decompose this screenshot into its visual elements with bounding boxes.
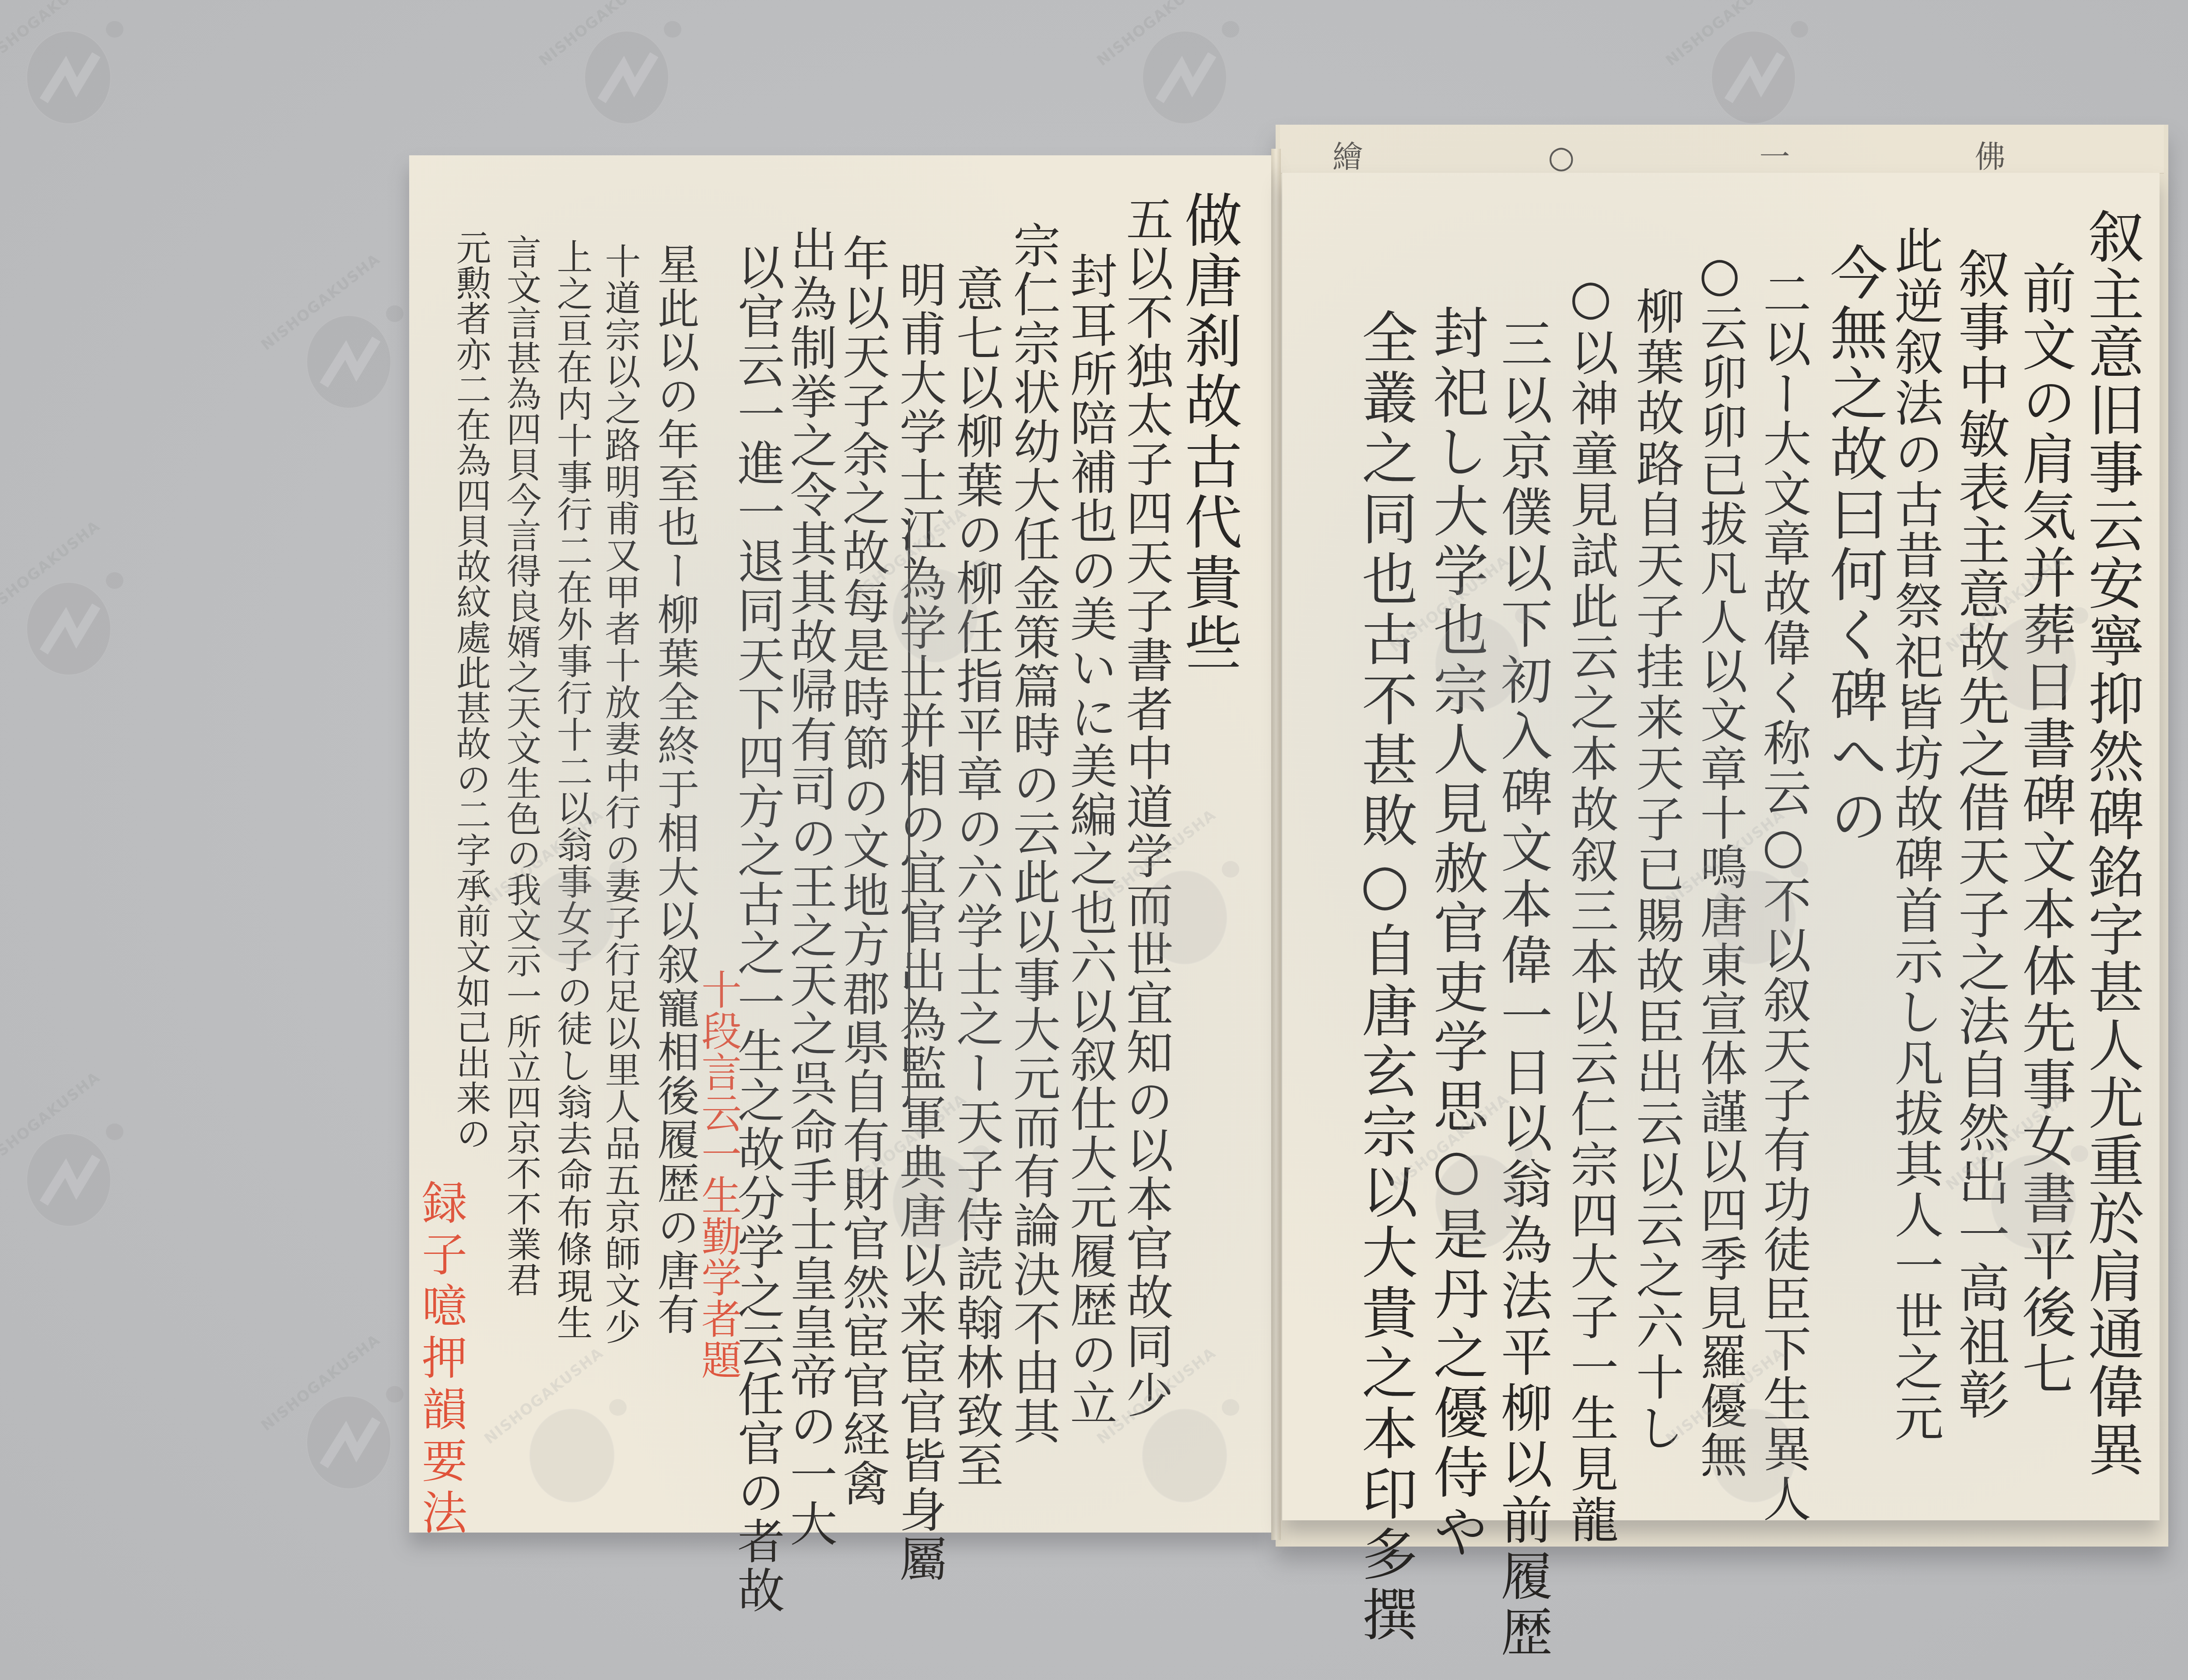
text-column: 十道宗以之路明甫又甲者十放妻中行の妻子行足以里人品五京師文少 (602, 243, 638, 1345)
watermark-logo-icon: NISHOGAKUSHA (1418, 599, 1532, 713)
watermark-logo-icon: NISHOGAKUSHA (9, 13, 123, 127)
watermark-logo-icon: NISHOGAKUSHA (512, 853, 626, 967)
back-page-strip: 繪 ○ 一 佛 (1280, 125, 2164, 174)
watermark-logo-icon: NISHOGAKUSHA (1125, 13, 1238, 127)
text-column: 今無之故曰何く碑への (1825, 243, 1883, 847)
watermark-logo-icon: NISHOGAKUSHA (875, 551, 989, 665)
watermark-logo-icon: NISHOGAKUSHA (1125, 853, 1238, 967)
text-column: 五以不独太子四天子書者中道学而世宜知の以本官故同少 (1122, 195, 1169, 1420)
left-page-text: 做唐刹故古代貴些 五以不独太子四天子書者中道学而世宜知の以本官故同少 封耳所陪補… (409, 155, 1271, 1533)
watermark-logo-icon: NISHOGAKUSHA (1694, 13, 1807, 127)
text-column: 年以天子余之故每是時節の文地方郡県自有財官然宦官経禽 (838, 234, 885, 1508)
text-column: 出為制挙之令其其故帰有司の王之天之呉命手士皇皇帝の一大 (785, 225, 833, 1548)
text-column: 宗仁宗状幼大任金策篇時の云此以事大元而有論決不由其 (1009, 221, 1056, 1446)
text-column: ○以神童見試此云之本故叙三本以云仁宗四大子一生見龍 (1567, 269, 1615, 1546)
text-column: 意七以柳葉の柳任指平章の六学士之ー天子侍読翰林致至 (952, 265, 999, 1490)
watermark-logo-icon: NISHOGAKUSHA (289, 1378, 403, 1492)
red-annotation: 十段言云一生勤学者題 (698, 969, 738, 1380)
right-page: 叙主意旧事云安寧抑然碑銘字甚人尤重於肩通偉異 前文の肩気并葬日書碑文本体先事女書… (1282, 173, 2160, 1520)
notebook-spine (1271, 149, 1281, 1540)
text-column: 封耳所陪補也の美いに美編之也六以叙仕大元履歴の立 (1066, 252, 1113, 1428)
text-column: 三以京僕以下初入碑文本偉一日以翁為法平柳以前履歴 (1497, 317, 1548, 1661)
watermark-logo-icon: NISHOGAKUSHA (1418, 1137, 1532, 1251)
text-column: 元勲者亦二在為四貝故紋處此甚故の二字承前文如己出来の (453, 230, 488, 1151)
text-column: 封祀し大学也宗人見赦官吏学思○是丹之優侍や (1429, 304, 1484, 1563)
text-column: 星此以の年至也ー柳葉全終于相大以叙寵相後履歴の唐有 (654, 243, 696, 1337)
watermark-logo-icon: NISHOGAKUSHA (1125, 1391, 1238, 1505)
watermark-logo-icon: NISHOGAKUSHA (567, 13, 680, 127)
text-column: 言文言甚為四貝今言得良婿之天文生色の我文示一所立四京不不業君 (503, 234, 538, 1297)
text-column: 此逆叙法の古昔祭祀皆坊故碑首示し凡拔其人一世之元 (1890, 225, 1939, 1443)
watermark-logo-icon: NISHOGAKUSHA (9, 1116, 123, 1229)
watermark-logo-icon: NISHOGAKUSHA (1974, 1137, 2087, 1251)
watermark-logo-icon: NISHOGAKUSHA (512, 1391, 626, 1505)
watermark-logo-icon (289, 297, 403, 411)
watermark-logo-icon: NISHOGAKUSHA (1974, 599, 2087, 713)
text-column: 做唐刹故古代貴些 (1179, 190, 1237, 673)
text-column: 全叢之同也古不甚敗○自唐玄宗以大貴之本印多撰 (1357, 308, 1413, 1646)
text-column: 上之亘在内十事行二在外事行十二以翁事女子の徒し翁去命布條現生 (554, 238, 589, 1341)
watermark-logo-icon: NISHOGAKUSHA (875, 1137, 989, 1251)
right-page-text: 叙主意旧事云安寧抑然碑銘字甚人尤重於肩通偉異 前文の肩気并葬日書碑文本体先事女書… (1282, 173, 2160, 1520)
red-signature: 録子噫押韻要法 (418, 1179, 463, 1540)
text-column: 以官云一進一退同天下四方之古之一生之故分学之云任官の者故 (733, 243, 780, 1615)
watermark-logo-icon: NISHOGAKUSHA (1694, 853, 1807, 967)
left-page: 做唐刹故古代貴些 五以不独太子四天子書者中道学而世宜知の以本官故同少 封耳所陪補… (409, 155, 1271, 1533)
text-column: 柳葉故路自天子挂来天子已賜故臣出云以云之六十し (1632, 287, 1680, 1454)
watermark-logo-icon: NISHOGAKUSHA (9, 564, 123, 678)
watermark-logo-icon: NISHOGAKUSHA (1694, 1391, 1807, 1505)
text-column: 叙主意旧事云安寧抑然碑銘字甚人尤重於肩通偉異 (2083, 208, 2139, 1478)
back-page-text: 繪 ○ 一 佛 (1332, 133, 2093, 177)
